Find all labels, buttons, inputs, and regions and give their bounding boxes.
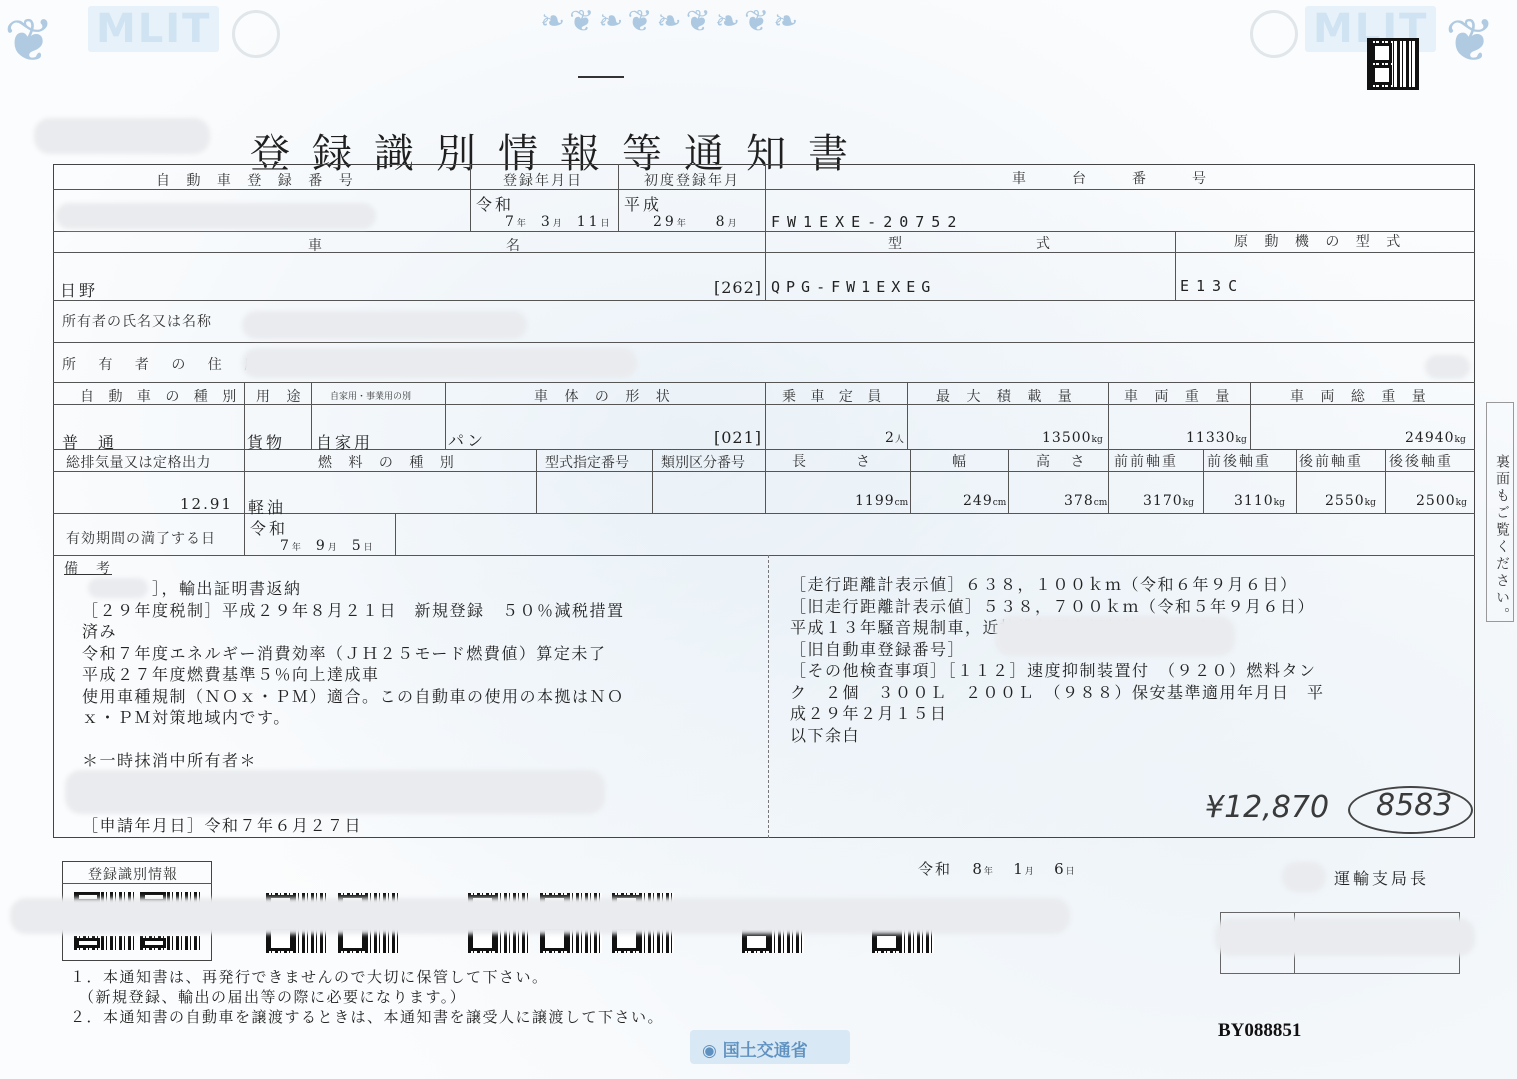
- label-remarks: 備 考: [64, 558, 112, 578]
- vehicle-name-code: [262]: [714, 278, 762, 297]
- label-vehicle-type: 自 動 車 の 種 別: [80, 386, 241, 406]
- label-displacement: 総排気量又は定格出力: [66, 452, 211, 472]
- expiry-date: 7年 9月 5日: [280, 538, 373, 554]
- chassis-number-value: FW1EXE-20752: [771, 213, 963, 231]
- rr-axle-value: 2500kg: [1416, 493, 1467, 509]
- emblem-right-icon: [1250, 10, 1298, 58]
- mlit-watermark-left: MLIT: [88, 6, 219, 52]
- label-ff-axle: 前前軸重: [1114, 451, 1178, 471]
- label-width: 幅: [952, 451, 968, 471]
- label-engine-model: 原 動 機 の 型 式: [1234, 231, 1406, 251]
- label-vehicle-weight: 車 両 重 量: [1124, 386, 1235, 406]
- registration-date-era: 令和: [476, 192, 514, 215]
- redacted-owner-name: [242, 311, 527, 339]
- label-body-shape: 車 体 の 形 状: [534, 386, 676, 406]
- capacity-value: 2人: [885, 430, 904, 446]
- label-model-left: 型: [888, 233, 904, 253]
- id-barcode-4-icon: [140, 936, 200, 950]
- redacted-barcode-strip: [10, 898, 1070, 934]
- rf-axle-value: 2550kg: [1325, 493, 1376, 509]
- serial-number: BY088851: [1218, 1020, 1301, 1042]
- vehicle-name-value: 日野: [60, 278, 98, 301]
- label-owner-address: 所 有 者 の 住 所: [62, 354, 267, 374]
- label-owner-name: 所有者の氏名又は名称: [62, 311, 212, 331]
- label-usage: 用 途: [256, 386, 306, 406]
- registration-notice-document: ❦ ❦ ❧❦❧❦❧❦❧❦❧ MLIT MLIT 登録識別情報等通知書 自 動 車…: [0, 0, 1517, 1079]
- first-registration-era: 平成: [624, 192, 662, 215]
- redacted-registration-number: [56, 203, 376, 229]
- label-capacity: 乗 車 定 員: [782, 386, 886, 406]
- registration-date: 7年 3月 11日: [505, 214, 610, 230]
- corner-ornament-left-icon: ❦: [4, 6, 54, 76]
- redacted-owner-code: [1425, 355, 1470, 379]
- label-id-info: 登録識別情報: [88, 864, 178, 884]
- private-business-value: 自家用: [316, 430, 373, 453]
- label-private-business: 自家用・事業用の別: [330, 389, 411, 402]
- ministry-footer-label: ◉ 国土交通省: [690, 1030, 850, 1064]
- label-gross-weight: 車 両 総 重 量: [1290, 386, 1432, 406]
- label-model-right: 式: [1036, 233, 1052, 253]
- redacted-issuer-office: [1282, 862, 1326, 892]
- id-barcode-3-icon: [74, 936, 134, 950]
- body-shape-code: [021]: [714, 428, 762, 447]
- label-category-number: 類別区分番号: [661, 452, 745, 472]
- side-note: 裏面もご覧ください。: [1492, 454, 1512, 624]
- corner-ornament-right-icon: ❦: [1445, 6, 1495, 76]
- label-first-registration: 初度登録年月: [644, 170, 740, 190]
- max-load-value: 13500kg: [1042, 430, 1103, 446]
- first-registration-date: 29年 8月: [653, 214, 737, 230]
- length-value: 1199cm: [855, 493, 908, 509]
- label-chassis-number: 車 台 番 号: [1012, 168, 1212, 188]
- qr-code-icon: [1367, 38, 1419, 90]
- issuer-title: 運輸支局長: [1334, 866, 1429, 889]
- expiry-era: 令和: [250, 516, 288, 539]
- label-vehicle-name-right: 名: [506, 235, 522, 255]
- fr-axle-value: 3110kg: [1234, 493, 1285, 509]
- redacted-temp-owner: [65, 770, 605, 814]
- handwritten-circled-number: 8583: [1376, 788, 1452, 823]
- label-registration-number: 自 動 車 登 録 番 号: [156, 170, 359, 190]
- header-ornament-icon: ❧❦❧❦❧❦❧❦❧: [540, 4, 802, 39]
- emblem-left-icon: [232, 10, 280, 58]
- vehicle-type-value: 普 通: [62, 430, 116, 453]
- label-length: 長 さ: [792, 451, 872, 471]
- engine-model-value: E13C: [1180, 277, 1244, 295]
- vehicle-weight-value: 11330kg: [1186, 430, 1247, 446]
- ff-axle-value: 3170kg: [1143, 493, 1194, 509]
- remarks-right: ［走行距離計表示値］６３８，１００ｋｍ（令和６年９月６日）［旧走行距離計表示値］…: [790, 574, 1325, 746]
- redacted-old-registration: [995, 616, 1235, 656]
- redacted-seal: [1215, 918, 1475, 956]
- redacted-owner-address: [242, 348, 637, 378]
- redacted-office: [34, 118, 210, 154]
- body-shape-value: パン: [448, 428, 486, 451]
- label-fuel-type: 燃 料 の 種 別: [318, 452, 460, 472]
- fuel-type-value: 軽油: [248, 495, 286, 518]
- label-fr-axle: 前後軸重: [1207, 451, 1271, 471]
- width-value: 249cm: [963, 493, 1006, 509]
- header-dash: [578, 76, 624, 78]
- label-rf-axle: 後前軸重: [1299, 451, 1363, 471]
- label-vehicle-name-left: 車: [308, 235, 324, 255]
- gross-weight-value: 24940kg: [1405, 430, 1466, 446]
- footer-notes: １．本通知書は、再発行できませんので大切に保管して下さい。 （新規登録、輸出の届…: [70, 967, 664, 1027]
- displacement-value: 12.91: [180, 495, 233, 513]
- usage-value: 貨物: [247, 430, 285, 453]
- label-type-designation: 型式指定番号: [545, 452, 629, 472]
- height-value: 378cm: [1064, 493, 1107, 509]
- handwritten-fee: ¥12,870: [1205, 790, 1329, 825]
- issue-date: 令和 8年 1月 6日: [918, 858, 1075, 879]
- label-max-load: 最 大 積 載 量: [936, 386, 1078, 406]
- model-value: QPG-FW1EXEG: [771, 278, 936, 296]
- label-registration-date: 登録年月日: [503, 170, 583, 190]
- label-height: 高 さ: [1036, 451, 1092, 471]
- label-rr-axle: 後後軸重: [1389, 451, 1453, 471]
- label-expiry: 有効期間の満了する日: [66, 528, 216, 548]
